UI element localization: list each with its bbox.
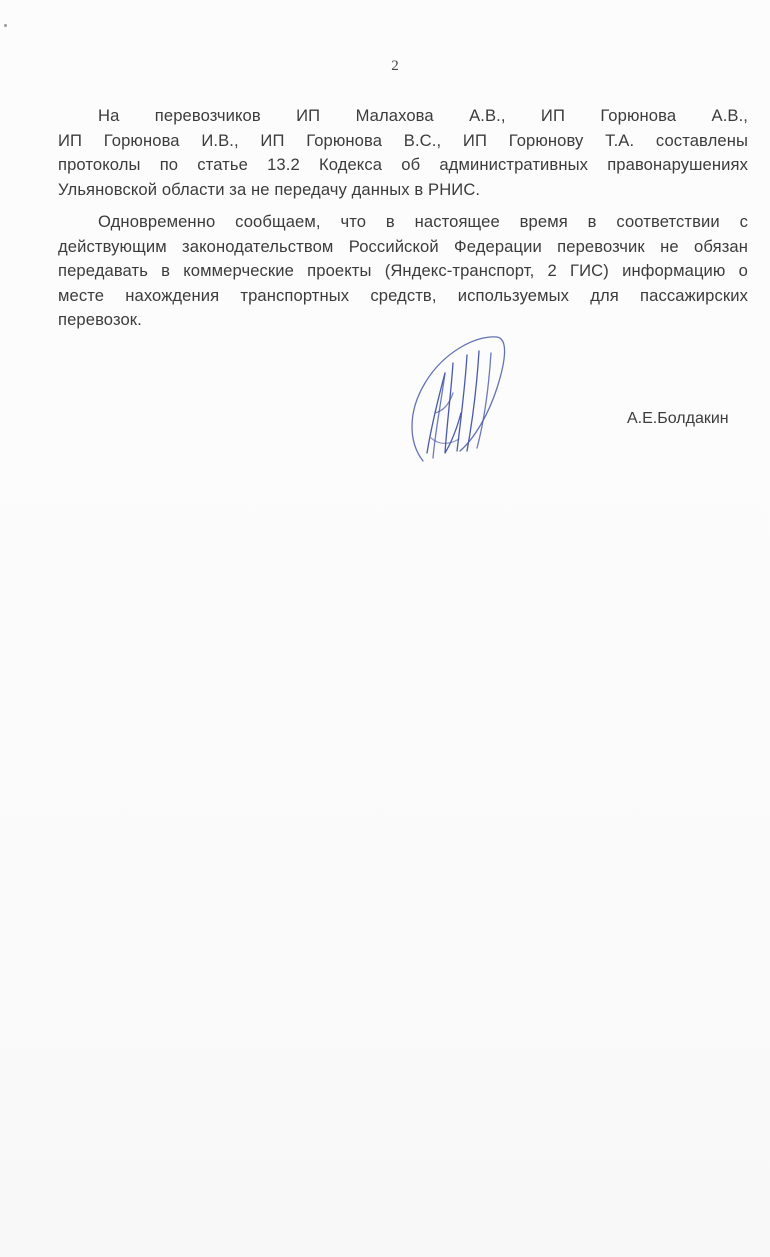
paragraph-line: Одновременно сообщаем, что в настоящее в…: [58, 210, 748, 235]
handwritten-signature-icon: [405, 333, 515, 473]
paragraph-line: передавать в коммерческие проекты (Яндек…: [58, 259, 748, 284]
document-page: 2 На перевозчиков ИП Малахова А.В., ИП Г…: [0, 0, 770, 1257]
paragraph-line: На перевозчиков ИП Малахова А.В., ИП Гор…: [58, 104, 748, 129]
paragraph-line: ИП Горюнова И.В., ИП Горюнова В.С., ИП Г…: [58, 129, 748, 154]
paragraph-line: протоколы по статье 13.2 Кодекса об адми…: [58, 153, 748, 178]
page-number: 2: [0, 58, 770, 75]
paragraph-line: Ульяновской области за не передачу данны…: [58, 178, 748, 203]
paragraph-line: месте нахождения транспортных средств, и…: [58, 284, 748, 309]
paragraph-line: действующим законодательством Российской…: [58, 235, 748, 260]
signer-name: А.Е.Болдакин: [627, 410, 729, 428]
paragraph-protocols: На перевозчиков ИП Малахова А.В., ИП Гор…: [58, 104, 748, 202]
paragraph-notice: Одновременно сообщаем, что в настоящее в…: [58, 210, 748, 333]
scan-speck: [4, 24, 7, 27]
paragraph-line: перевозок.: [58, 308, 748, 333]
